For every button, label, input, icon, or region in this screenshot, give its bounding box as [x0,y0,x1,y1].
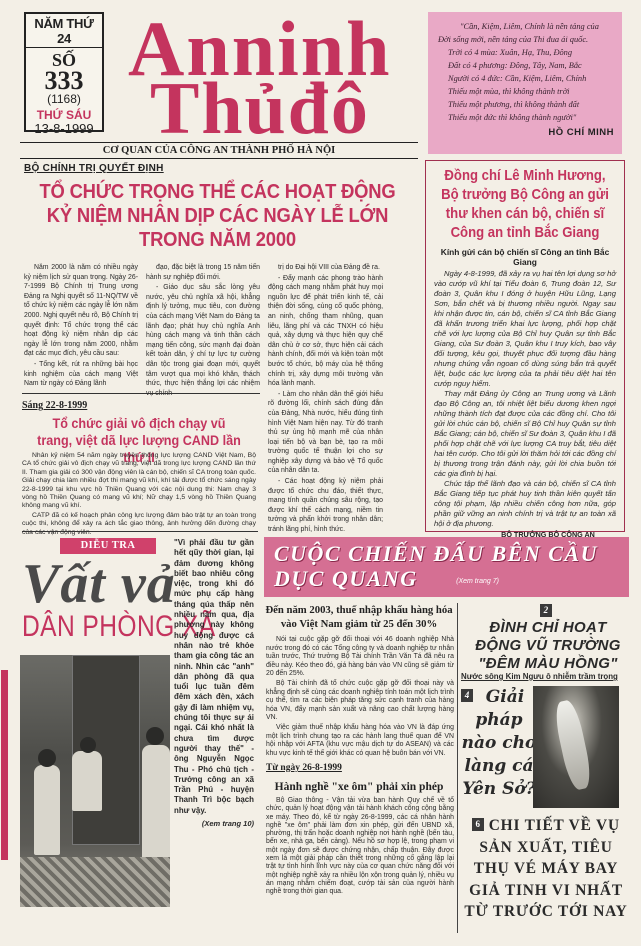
paragraph: trị do Đại hội VIII của Đảng đề ra. [268,263,383,273]
paragraph: - Tổng kết, rút ra những bài học kinh ng… [24,360,138,389]
river-photo [533,686,619,808]
xeom-story-headline[interactable]: Hành nghề "xe ôm" phải xin phép [264,781,454,793]
paragraph: đạo, đặc biệt là trong 15 năm tiến hành … [146,263,260,282]
issue-date: 13-8-1999 [26,122,102,136]
quote-line: Người có 4 đức: Cần, Kiệm, Liêm, Chính [438,72,614,85]
page-number-badge: 2 [540,604,552,617]
quote-line: Thiếu một đức thì không thành người" [438,111,614,124]
run-story-body: Nhân kỷ niệm 54 năm ngày truyền thống lự… [22,452,256,538]
paragraph: - Làm cho nhân dân thế giới hiểu rõ đườn… [268,390,383,476]
lead-story-kicker: BỘ CHÍNH TRỊ QUYẾT ĐỊNH [24,163,164,174]
agency-tagline: CƠ QUAN CỦA CÔNG AN THÀNH PHỐ HÀ NỘI [20,142,418,159]
issue-info-box: NĂM THỨ 24 SỐ 333 (1168) THỨ SÁU 13-8-19… [24,12,104,132]
quote-line: "Cần, Kiệm, Liêm, Chính là nền tảng của [438,20,614,33]
investigation-photo [20,655,170,907]
paragraph: - Đẩy mạnh các phong trào hành động cách… [268,274,383,389]
xeom-story-dateline: Từ ngày 26-8-1999 [266,763,342,773]
column-divider [457,603,458,933]
paragraph: Bộ Tài chính đã tổ chức cuộc gặp gỡ đối … [266,680,454,723]
index-title: ĐÌNH CHỈ HOẠT ĐỘNG VŨ TRƯỜNG "ĐÊM MÀU HỒ… [465,619,631,673]
section-tag-investigation: DIỄU TRA [60,538,156,554]
ho-chi-minh-quote-box: "Cần, Kiệm, Liêm, Chính là nền tảng của … [428,12,622,154]
paragraph: Nói tại cuộc gặp gỡ đối thoại với 46 doa… [266,636,454,679]
investigation-quote-text: "Vì phải đầu tư gần hết qũy thời gian, l… [174,538,254,815]
weekday: THỨ SÁU [26,108,102,122]
issue-number: 333 [26,69,102,93]
quote-line: Trời có 4 mùa: Xuân, Hạ, Thu, Đông [438,46,614,59]
index-kicker: Nước sông Kim Ngưu ô nhiễm trầm trọng [461,672,618,681]
tax-story-body: Nói tại cuộc gặp gỡ đối thoại với 46 doa… [266,636,454,759]
paragraph: Việc giảm thuế nhập khẩu hàng hóa vào VN… [266,724,454,758]
paragraph: Năm 2000 là năm có nhiều ngày kỷ niệm lị… [24,263,138,359]
minister-letter-box: Đồng chí Lê Minh Hương, Bộ trưởng Bộ Côn… [425,160,625,532]
paragraph: Ngày 4-8-1999, đã xảy ra vụ hai tên lợi … [434,269,616,389]
index-title: Giải pháp nào cho làng cá Yên Sở? [462,687,537,799]
run-story-dateline: Sáng 22-8-1999 [22,400,87,411]
photo-person-head [146,727,164,745]
index-item-page-2[interactable]: 2ĐÌNH CHỈ HOẠT ĐỘNG VŨ TRƯỜNG "ĐÊM MÀU H… [461,601,631,673]
divider [22,531,258,532]
battle-banner[interactable]: CUỘC CHIẾN ĐẤU BÊN CẦU DỤC QUANG (Xem tr… [264,537,629,597]
see-page-link[interactable]: (Xem trang 10) [174,819,254,829]
paragraph: CATP đã có kế hoạch phân công lực lượng … [22,512,256,537]
paragraph: Nhân kỷ niệm 54 năm ngày truyền thống lự… [22,452,256,511]
quote-line: Thiếu một mùa, thì không thành trời [438,85,614,98]
see-page-link[interactable]: (Xem trang 7) [456,578,499,585]
quote-line: Thiếu một phương, thì không thành đất [438,98,614,111]
letter-salutation: Kính gửi cán bộ chiến sĩ Công an tỉnh Bắ… [434,247,616,267]
index-item-page-4[interactable]: 4Giải pháp nào cho làng cá Yên Sở? [461,686,537,801]
lead-story-column-2: đạo, đặc biệt là trong 15 năm tiến hành … [146,263,260,399]
photo-person [34,765,60,855]
photo-person [72,751,102,811]
battle-banner-line1: CUỘC CHIẾN ĐẤU BÊN CẦU [274,541,619,566]
publication-year: NĂM THỨ 24 [26,14,102,48]
index-title: CHI TIẾT VỀ VỤ SẢN XUẤT, TIÊU THỤ VÉ MÁY… [464,817,627,920]
lead-story-column-1: Năm 2000 là năm có nhiều ngày kỷ niệm lị… [24,263,138,390]
investigation-quote: "Vì phải đầu tư gần hết qũy thời gian, l… [174,538,254,829]
photo-stream [552,698,594,791]
paragraph: Thay mặt Đảng ủy Công an Trung ương và L… [434,389,616,479]
photo-person [142,745,170,875]
photo-person-head [38,749,56,767]
investigation-title-line1[interactable]: Vất vả [22,556,176,612]
photo-floor [20,857,170,907]
lead-story-column-3: trị do Đại hội VIII của Đảng đề ra. - Đẩ… [268,263,383,536]
issue-total: (1168) [26,93,102,106]
lead-story-headline[interactable]: TỔ CHỨC TRỌNG THỂ CÁC HOẠT ĐỘNG KỶ NIỆM … [36,180,399,252]
paragraph: Chúc tập thể lãnh đạo và cán bộ, chiến s… [434,479,616,529]
photo-person-head [80,737,96,753]
divider [22,393,260,394]
battle-banner-line2: DỤC QUANG [274,566,418,591]
paragraph: - Các hoạt động kỷ niệm phải được tổ chứ… [268,477,383,535]
quote-author: HỒ CHÍ MINH [438,126,614,139]
quote-line: Đất có 4 phương: Đông, Tây, Nam, Bắc [438,59,614,72]
quote-line: Đời sống mới, nền tảng của Thi đua ái qu… [438,33,614,46]
letter-body: Ngày 4-8-1999, đã xảy ra vụ hai tên lợi … [434,269,616,529]
newspaper-logo-line2: Thủđô [150,72,370,146]
paragraph: Bộ Giao thông - Vận tải vừa ban hành Quy… [266,797,454,897]
tax-story-headline[interactable]: Đến năm 2003, thuế nhập khẩu hàng hóa và… [264,603,454,631]
page-number-badge: 4 [461,689,473,702]
page-number-badge: 6 [472,818,484,831]
index-item-page-6[interactable]: 6 CHI TIẾT VỀ VỤ SẢN XUẤT, TIÊU THỤ VÉ M… [461,815,631,923]
paragraph: - Giáo dục sâu sắc lòng yêu nước, yêu ch… [146,283,260,398]
xeom-story-body: Bộ Giao thông - Vận tải vừa ban hành Quy… [266,797,454,898]
letter-headline[interactable]: Đồng chí Lê Minh Hương, Bộ trưởng Bộ Côn… [438,167,613,243]
vertical-side-strip [1,670,8,860]
